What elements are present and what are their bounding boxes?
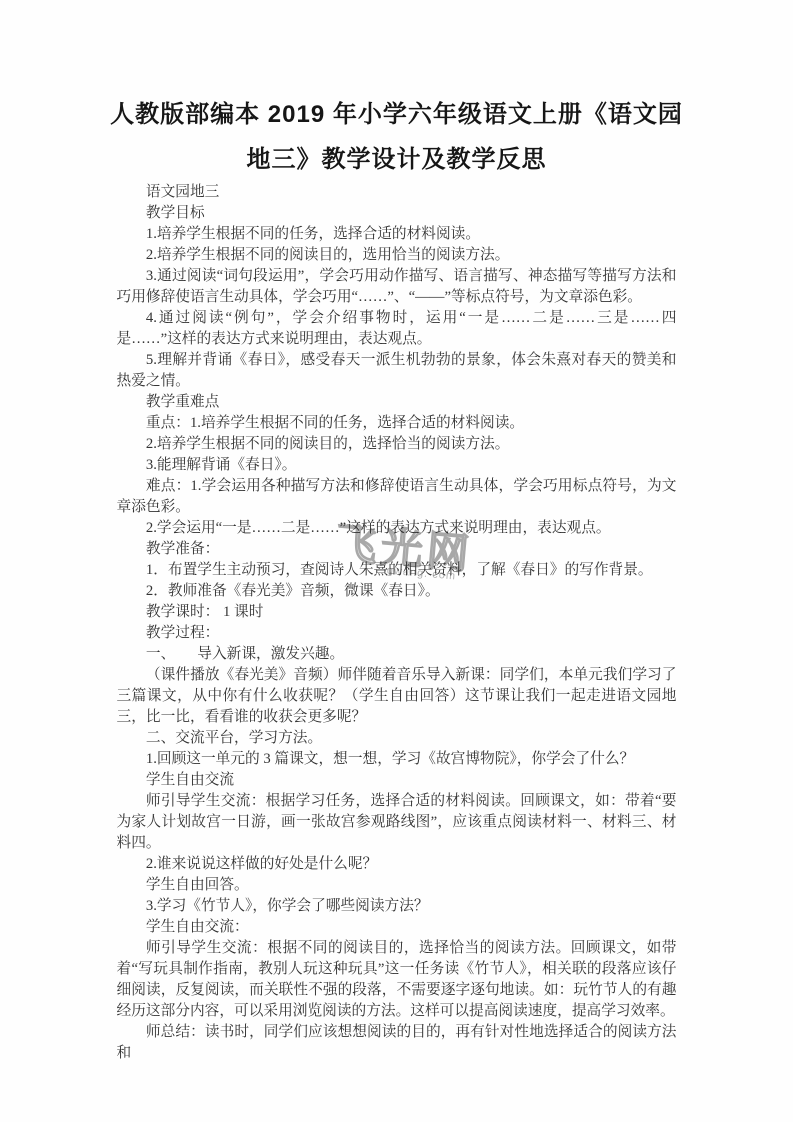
paragraph: 学生自由回答。 [117,875,677,896]
paragraph: （课件播放《春光美》音频）师伴随着音乐导入新课：同学们，本单元我们学习了三篇课文… [117,665,677,728]
paragraph: 2.培养学生根据不同的阅读目的，选用恰当的阅读方法。 [117,245,677,266]
paragraph: 教学准备： [117,539,677,560]
paragraph: 1.回顾这一单元的 3 篇课文，想一想，学习《故宫博物院》，你学会了什么？ [117,749,677,770]
paragraph: 一、 导入新课，激发兴趣。 [117,644,677,665]
paragraph: 教学过程： [117,623,677,644]
document-body: 语文园地三教学目标1.培养学生根据不同的任务，选择合适的材料阅读。2.培养学生根… [117,182,677,1064]
paragraph: 教学课时： 1 课时 [117,602,677,623]
document-page: 飞光网 gwang. com 人教版部编本 2019 年小学六年级语文上册《语文… [0,0,793,1122]
paragraph: 教学目标 [117,203,677,224]
paragraph: 2．教师准备《春光美》音频，微课《春日》。 [117,581,677,602]
paragraph: 1．布置学生主动预习，查阅诗人朱熹的相关资料，了解《春日》的写作背景。 [117,560,677,581]
paragraph: 二、交流平台，学习方法。 [117,728,677,749]
paragraph: 5.理解并背诵《春日》，感受春天一派生机勃勃的景象，体会朱熹对春天的赞美和热爱之… [117,350,677,392]
paragraph: 1.培养学生根据不同的任务，选择合适的材料阅读。 [117,224,677,245]
paragraph: 2.学会运用“一是……二是……”这样的表达方式来说明理由，表达观点。 [117,518,677,539]
document-title: 人教版部编本 2019 年小学六年级语文上册《语文园 地三》教学设计及教学反思 [0,92,793,182]
paragraph: 重点：1.培养学生根据不同的任务，选择合适的材料阅读。 [117,413,677,434]
paragraph: 学生自由交流 [117,770,677,791]
paragraph: 学生自由交流： [117,917,677,938]
paragraph: 教学重难点 [117,392,677,413]
paragraph: 2.谁来说说这样做的好处是什么呢？ [117,854,677,875]
paragraph: 4.通过阅读“例句”，学会介绍事物时，运用“一是……二是……三是……四是……”这… [117,308,677,350]
paragraph: 2.培养学生根据不同的阅读目的，选择恰当的阅读方法。 [117,434,677,455]
paragraph: 师总结：读书时，同学们应该想想阅读的目的，再有针对性地选择适合的阅读方法和 [117,1022,677,1064]
paragraph: 3.通过阅读“词句段运用”，学会巧用动作描写、语言描写、神态描写等描写方法和巧用… [117,266,677,308]
paragraph: 3.能理解背诵《春日》。 [117,455,677,476]
paragraph: 师引导学生交流：根据不同的阅读目的，选择恰当的阅读方法。回顾课文，如带着“写玩具… [117,938,677,1022]
paragraph: 难点：1.学会运用各种描写方法和修辞使语言生动具体，学会巧用标点符号，为文章添色… [117,476,677,518]
document-title-line-2: 地三》教学设计及教学反思 [0,137,793,182]
paragraph: 语文园地三 [117,182,677,203]
paragraph: 3.学习《竹节人》，你学会了哪些阅读方法？ [117,896,677,917]
paragraph: 师引导学生交流：根据学习任务，选择合适的材料阅读。回顾课文，如：带着“要为家人计… [117,791,677,854]
document-title-line-1: 人教版部编本 2019 年小学六年级语文上册《语文园 [0,92,793,137]
